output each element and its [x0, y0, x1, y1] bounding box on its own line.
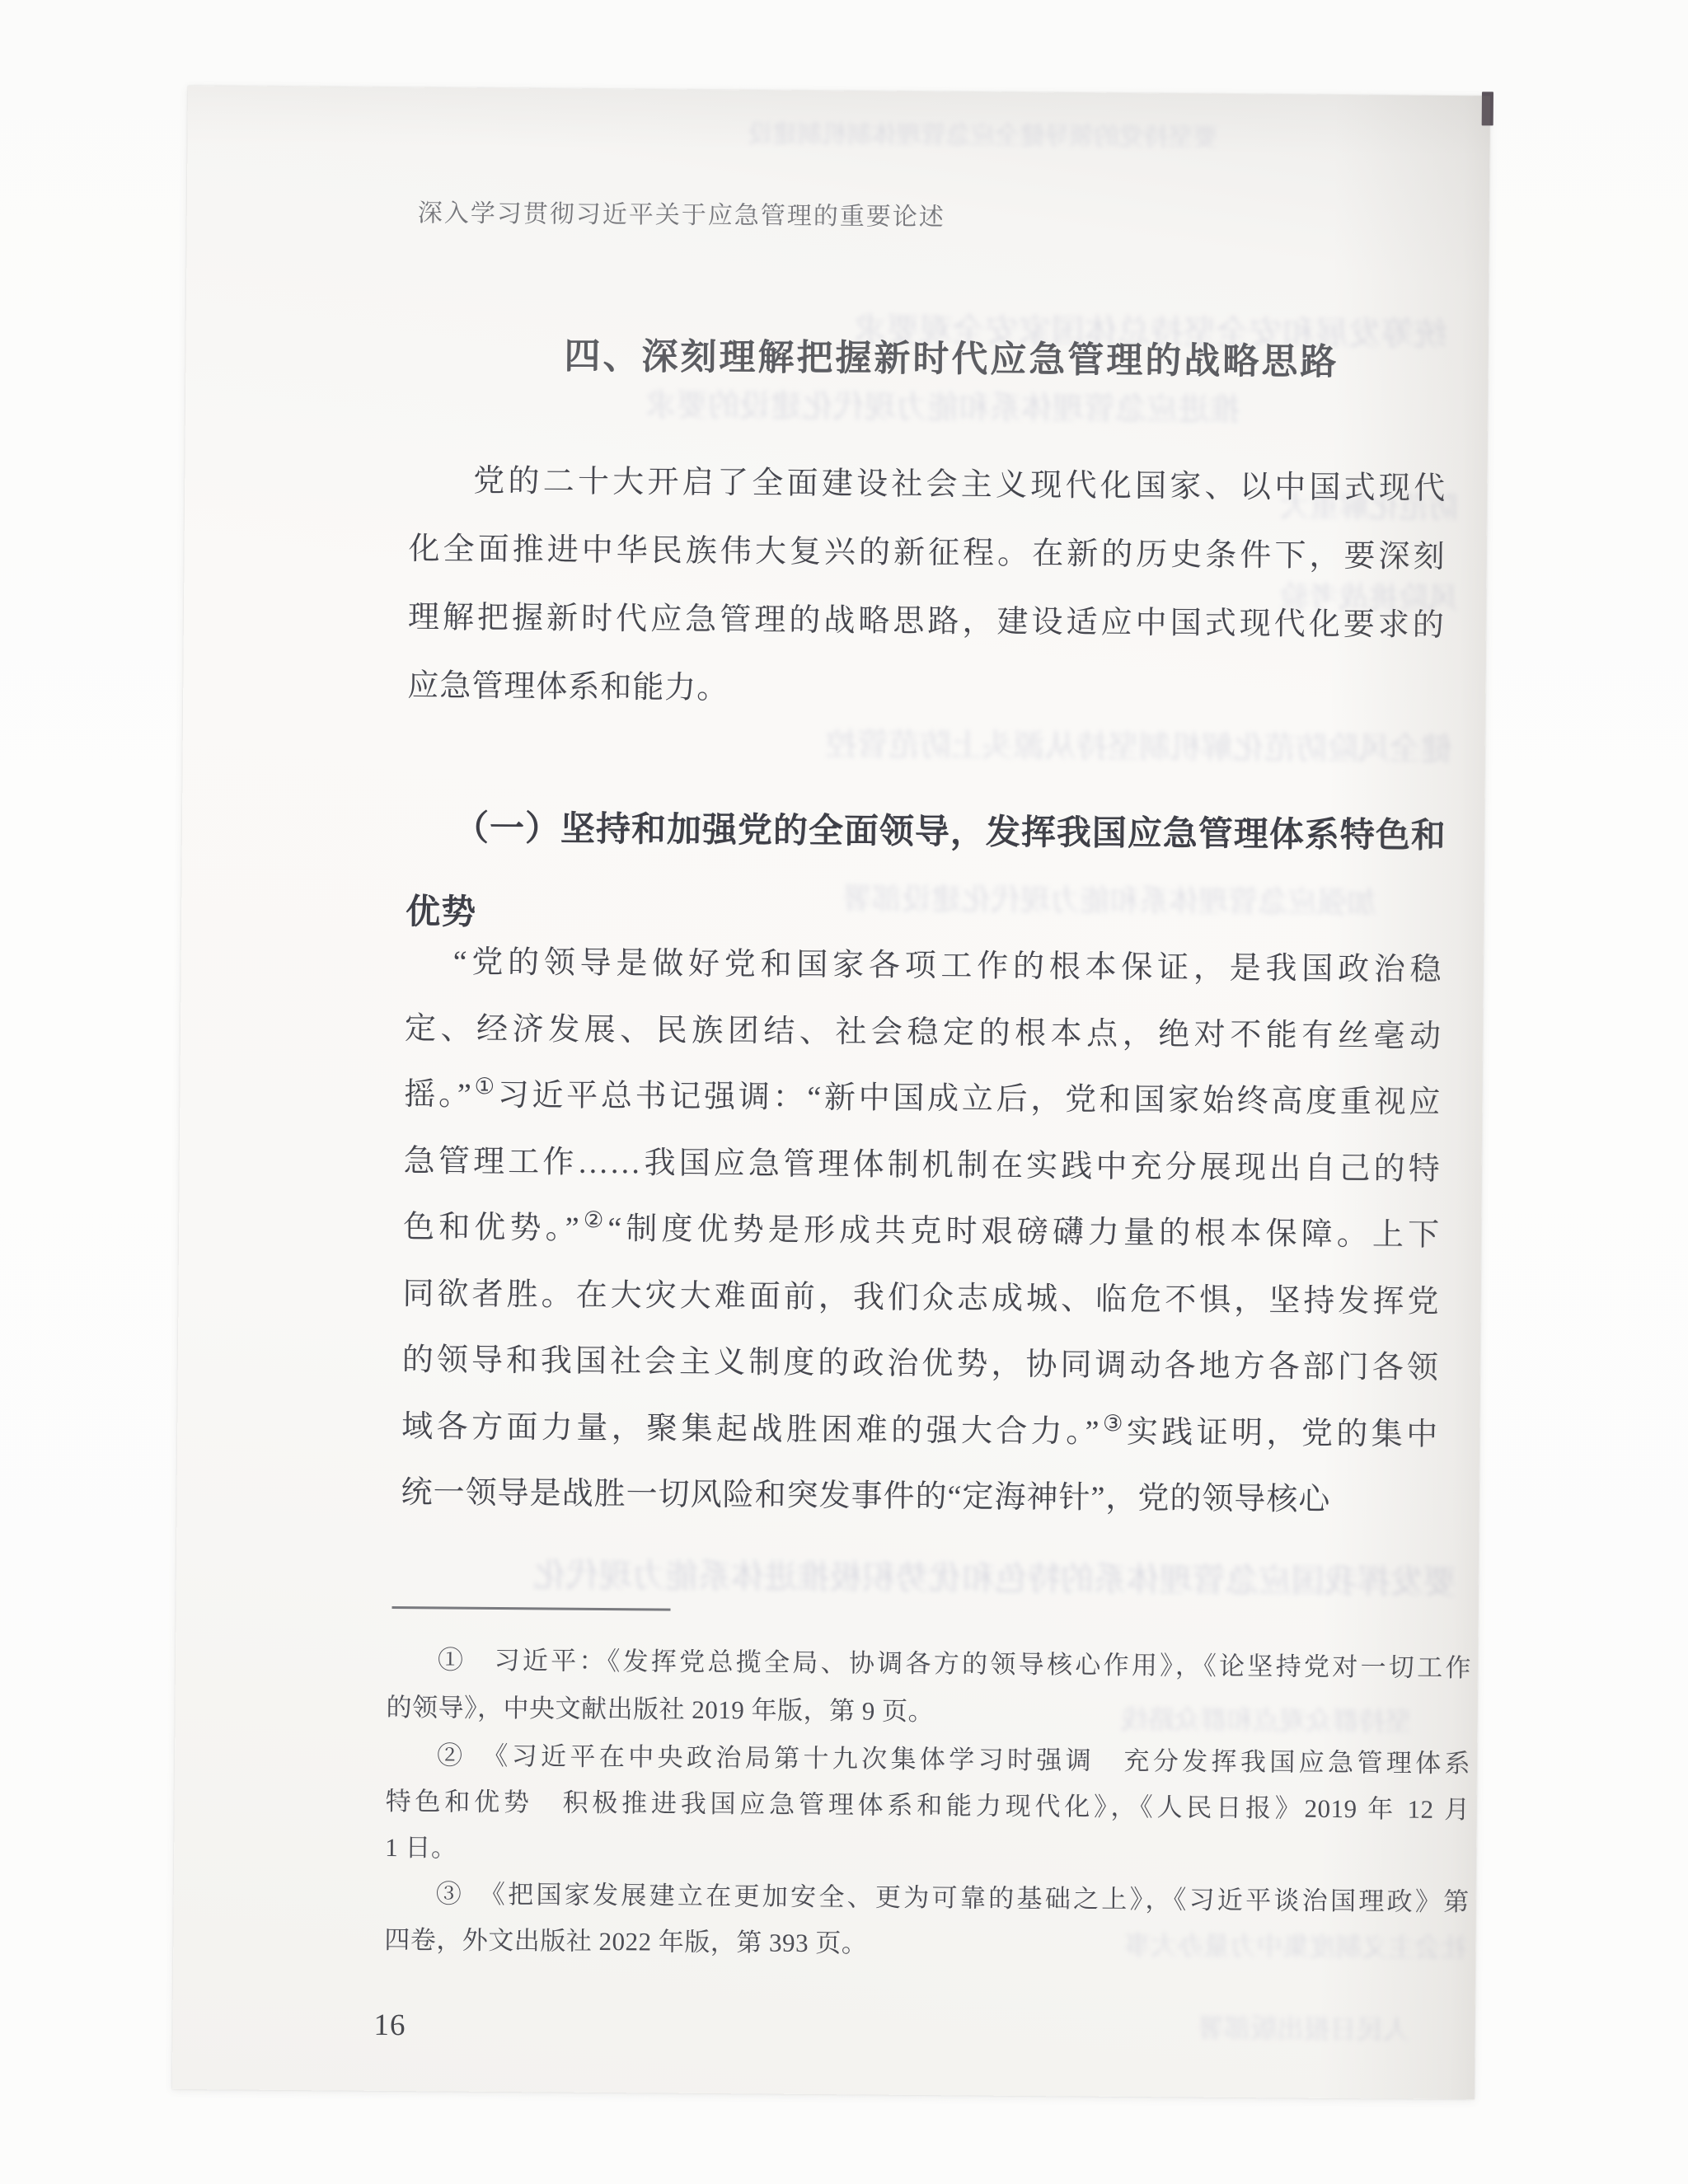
- footnote-divider: [392, 1606, 670, 1611]
- footnote-line: ③ 《把国家发展建立在更加安全、更为可靠的基础之上》，《习近平谈治国理政》第: [385, 1872, 1470, 1924]
- scan-artifact-corner-mark: [1482, 91, 1493, 125]
- bleed-through-text: 要坚持党的领导健全应急管理体制机制建设: [566, 112, 1217, 153]
- body-line: 摇。”①习近平总书记强调：“新中国成立后，党和国家始终高度重视应: [404, 1062, 1442, 1136]
- body-line: “党的领导是做好党和国家各项工作的根本保证，是我国政治稳: [405, 929, 1442, 1003]
- footnote-line: ② 《习近平在中央政治局第十九次集体学习时强调 充分发挥我国应急管理体系: [386, 1734, 1470, 1785]
- body-line: 的领导和我国社会主义制度的政治优势，协同调动各地方各部门各领: [402, 1327, 1440, 1401]
- body-line: 急管理工作……我国应急管理体制机制在实践中充分展现出自己的特: [403, 1128, 1441, 1202]
- body-line: 域各方面力量，聚集起战胜困难的强大合力。”③实践证明，党的集中: [401, 1394, 1439, 1468]
- body-line: 党的二十大开启了全面建设社会主义现代化国家、以中国式现代: [409, 448, 1447, 522]
- footnote-line: 的领导》，中央文献出版社 2019 年版，第 9 页。: [386, 1686, 1470, 1737]
- footnote-line: 特色和优势 积极推进我国应急管理体系和能力现代化》，《人民日报》2019 年 1…: [385, 1780, 1470, 1831]
- page-number: 16: [373, 2008, 406, 2043]
- body-line: 应急管理体系和能力。: [407, 653, 1445, 727]
- book-page: 要坚持党的领导健全应急管理体制机制建设 统筹发展和安全坚持总体国家安全观要求 推…: [172, 86, 1490, 2099]
- section-title: 四、深刻理解把握新时代应急管理的战略思路: [433, 325, 1470, 386]
- footnote-line: ① 习近平：《发挥党总揽全局、协调各方的领导核心作用》，《论坚持党对一切工作: [387, 1638, 1471, 1690]
- footnote-line: 1 日。: [385, 1826, 1470, 1877]
- body-line: 同欲者胜。在大灾大难面前，我们众志成城、临危不惧，坚持发挥党: [402, 1261, 1440, 1335]
- body-line: 化全面推进中华民族伟大复兴的新征程。在新的历史条件下，要深刻: [408, 516, 1446, 590]
- body-line: 定、经济发展、民族团结、社会稳定的根本点，绝对不能有丝毫动: [405, 996, 1442, 1070]
- subsection-heading-line: （一）坚持和加强党的全面领导，发挥我国应急管理体系特色和: [406, 793, 1444, 870]
- bleed-through-text: 人民日报出版部署: [914, 2005, 1409, 2047]
- scanned-book-photo: 要坚持党的领导健全应急管理体制机制建设 统筹发展和安全坚持总体国家安全观要求 推…: [0, 0, 1688, 2184]
- body-line: 理解把握新时代应急管理的战略思路，建设适应中国式现代化要求的: [408, 584, 1446, 658]
- running-header: 深入学习贯彻习近平关于应急管理的重要论述: [418, 198, 945, 233]
- bleed-through-text: 推进应急管理体系和能力现代化建设的要求: [507, 378, 1240, 429]
- body-line: 色和优势。”②“制度优势是形成共克时艰磅礴力量的根本保障。上下: [403, 1194, 1441, 1268]
- footnote-line: 四卷，外文出版社 2022 年版，第 393 页。: [384, 1919, 1469, 1970]
- body-line: 统一领导是战胜一切风险和突发事件的“定海神针”，党的领导核心: [401, 1460, 1438, 1534]
- bleed-through-text: 要发挥我国应急管理体系的特色和优势积极推进体系能力现代化: [389, 1548, 1456, 1603]
